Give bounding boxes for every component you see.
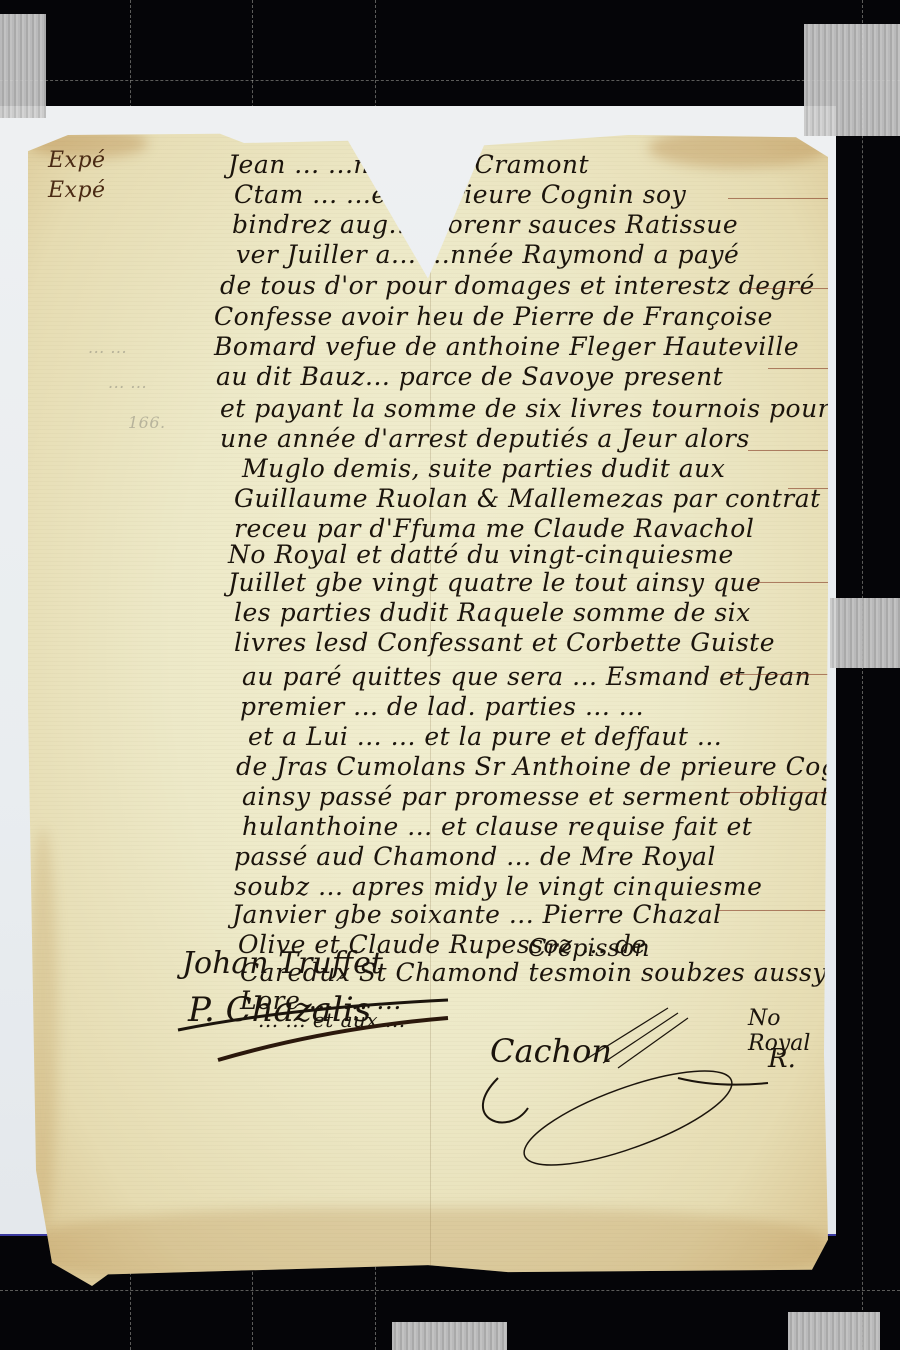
tape-top-right [804, 24, 900, 136]
tape-bottom-right [788, 1312, 880, 1350]
tape-top-left [0, 14, 46, 118]
signature-flourish-left [28, 128, 828, 1286]
manuscript-page: Expé Expé ... ... ... ... 166. Jean ... … [28, 128, 828, 1286]
tape-right-middle [830, 598, 900, 668]
tape-bottom-middle [392, 1322, 507, 1350]
